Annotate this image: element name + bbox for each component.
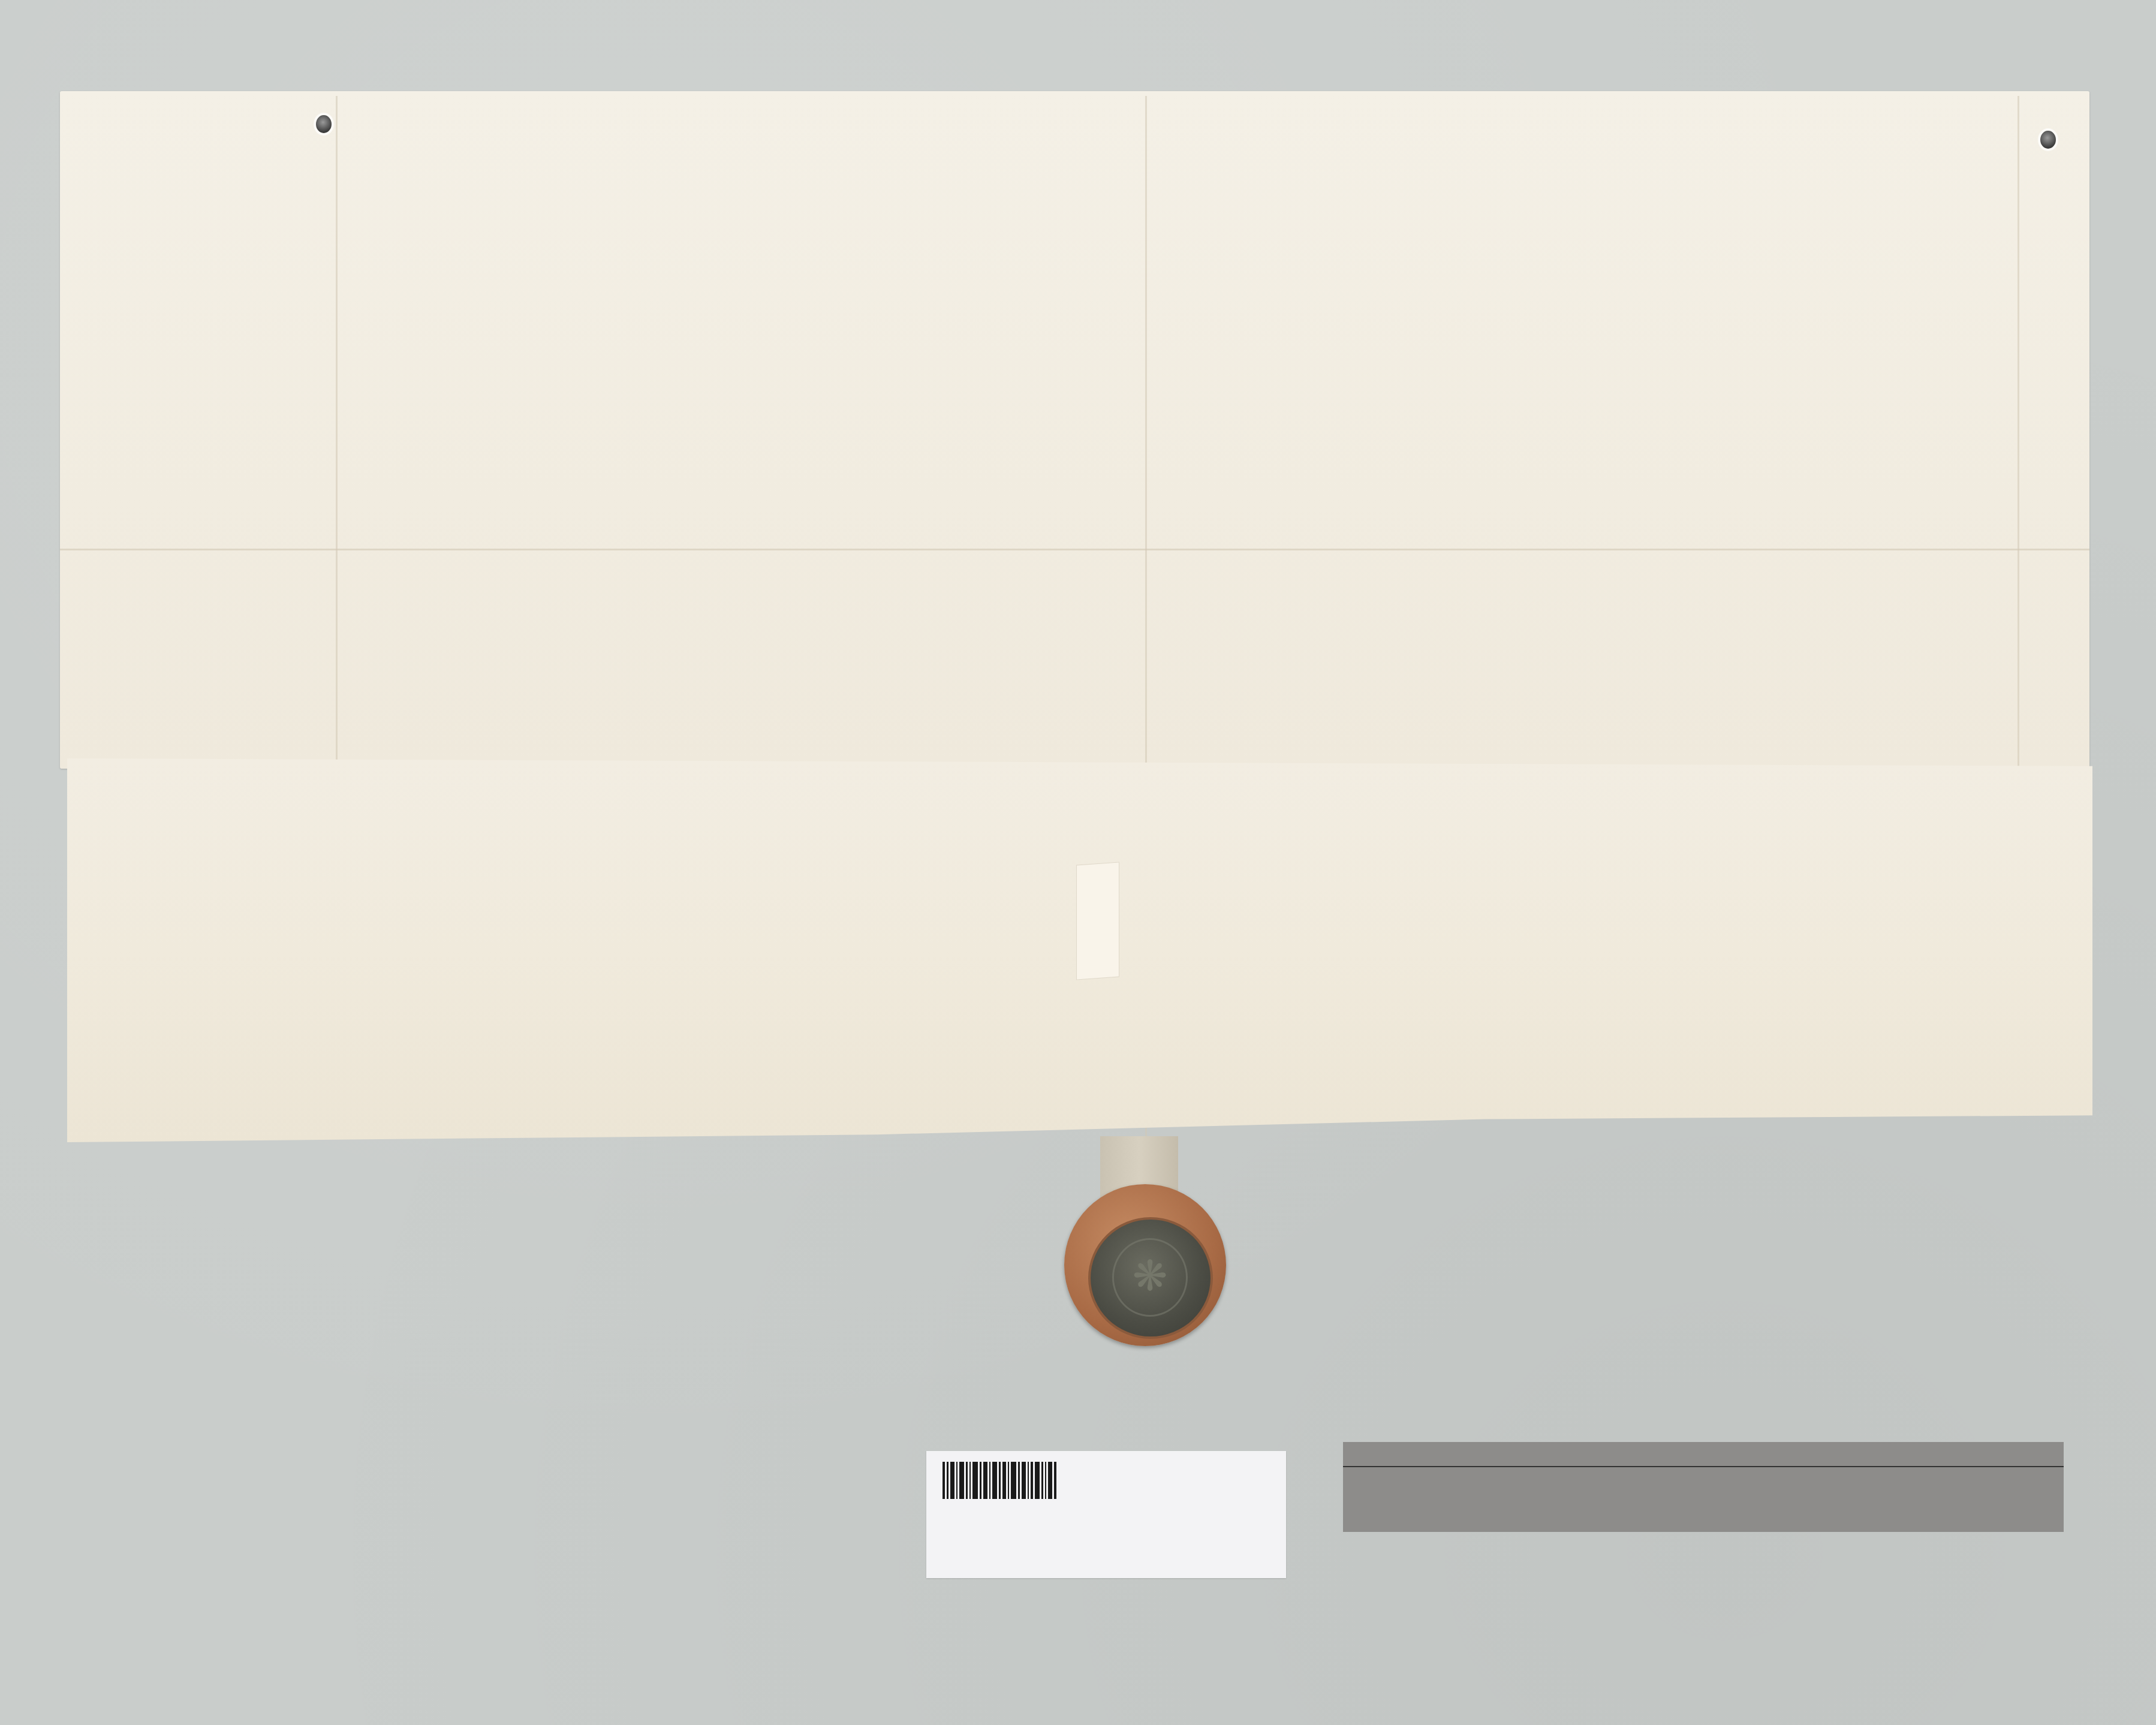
decorative-initials — [84, 108, 204, 624]
body-line — [246, 429, 2062, 466]
body-line — [246, 503, 2062, 540]
body-line — [246, 540, 2062, 577]
archive-label — [926, 1451, 1286, 1578]
body-line — [246, 466, 2062, 503]
body-line — [246, 317, 2062, 354]
body-line — [246, 392, 2062, 429]
body-line — [246, 354, 2062, 392]
coat-of-arms-icon: ❋ — [1112, 1238, 1188, 1317]
ruler-divider — [1343, 1466, 2064, 1467]
color-control-card — [1343, 1442, 2064, 1658]
dark-patches-row — [1343, 1595, 2064, 1658]
card-header — [1343, 1442, 2064, 1532]
body-line — [246, 243, 2062, 280]
punch-hole — [2040, 131, 2056, 149]
body-line — [246, 280, 2062, 317]
body-line — [246, 726, 2062, 763]
light-patches-row — [1343, 1532, 2064, 1595]
body-line — [246, 577, 2062, 615]
barcode — [943, 1462, 1083, 1499]
body-line — [246, 689, 2062, 726]
body-line — [246, 615, 2062, 652]
body-line — [246, 652, 2062, 689]
repair-patch — [1076, 862, 1119, 980]
